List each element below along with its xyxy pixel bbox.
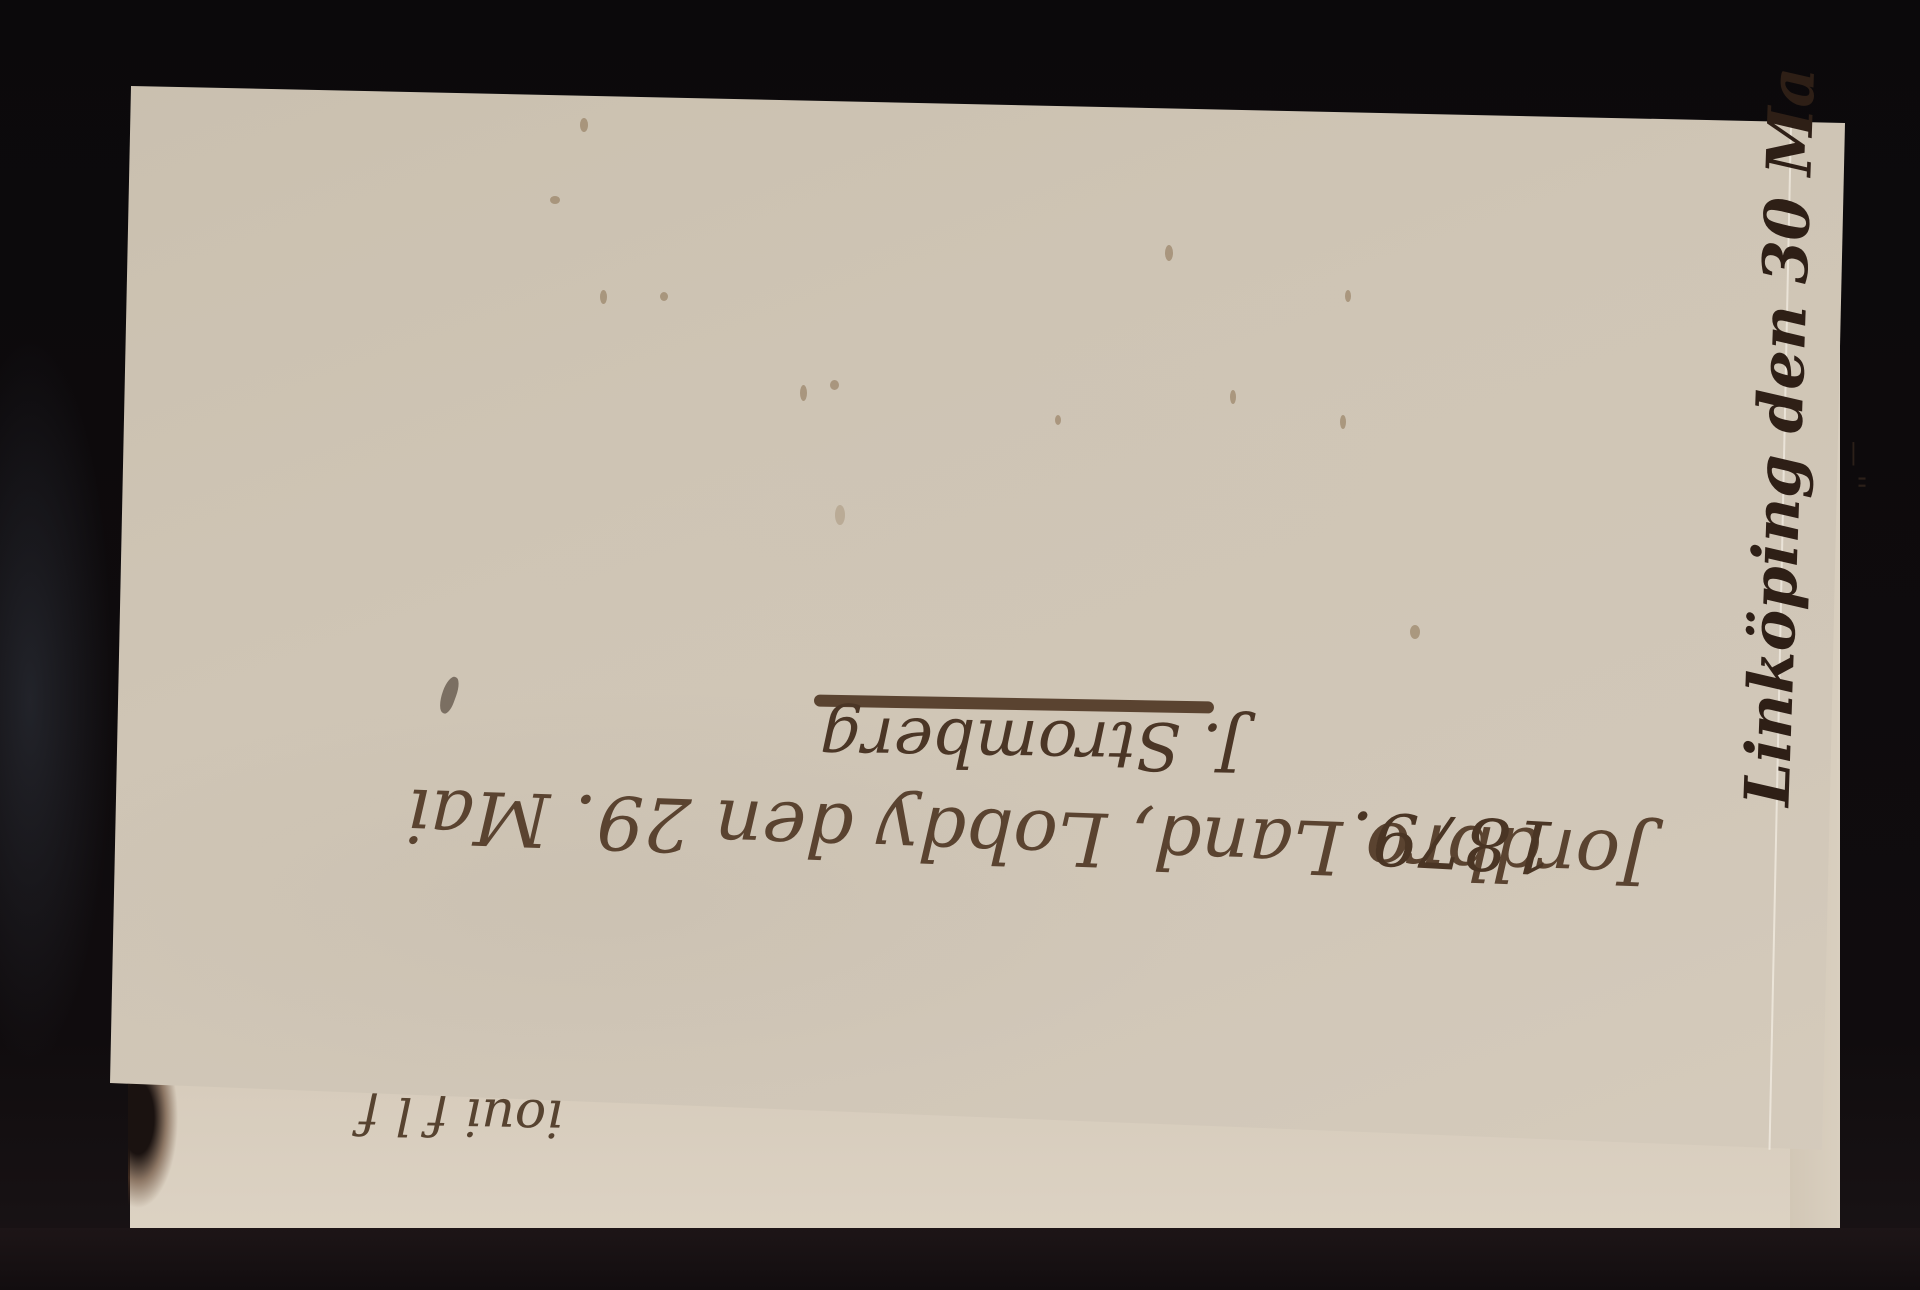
ink-bleed-spot <box>600 290 607 304</box>
frame-edge <box>0 1228 1920 1290</box>
ink-bleed-spot <box>1055 415 1061 425</box>
ink-bleed-spot <box>800 385 807 401</box>
year-text: 1879. <box>1348 795 1558 890</box>
margin-marks: — '' <box>1839 441 1869 490</box>
ink-bleed-spot <box>830 380 839 390</box>
ink-bleed-spot <box>660 292 668 301</box>
signature-text: J. Stromberg <box>819 701 1244 785</box>
ink-bleed-spot <box>1345 290 1351 302</box>
ink-bleed-spot <box>580 118 588 132</box>
ink-bleed-spot <box>1165 245 1173 261</box>
burn-stain <box>128 1078 186 1208</box>
ink-bleed-spot <box>835 505 845 525</box>
ink-bleed-spot <box>1340 415 1346 429</box>
ink-bleed-spot <box>1230 390 1236 404</box>
ink-bleed-spot <box>550 196 560 204</box>
ink-bleed-spot <box>1410 625 1420 639</box>
